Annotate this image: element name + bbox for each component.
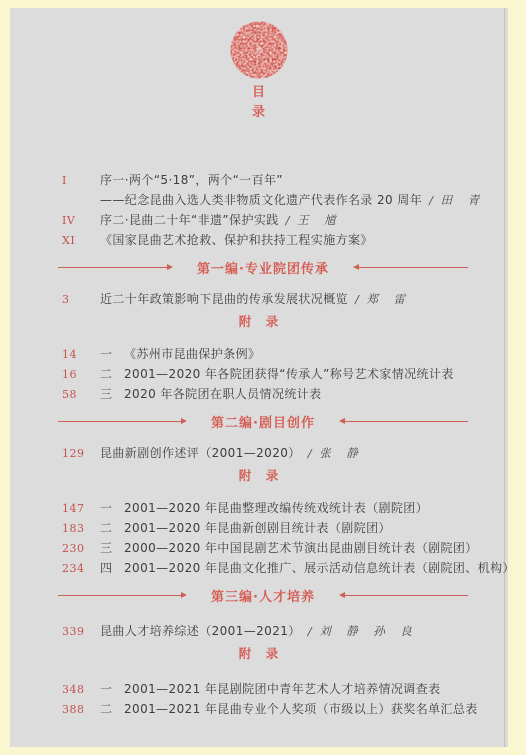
toc-row: 230 三 2000—2020 年中国昆剧艺术节演出昆曲剧目统计表（剧院团）	[10, 538, 508, 558]
entry-author: / 刘 静 孙 良	[308, 621, 414, 641]
arrow-right-icon	[167, 264, 173, 270]
table-of-contents: I 序一·两个“5·18”，两个“一百年” ——纪念昆曲入选人类非物质文化遗产代…	[10, 170, 508, 719]
rule-right	[345, 421, 468, 422]
entry-title: 2001—2020 年昆曲整理改编传统戏统计表（剧院团）	[124, 498, 428, 518]
page-number: 14	[62, 345, 100, 365]
appendix-index: 三	[100, 384, 124, 404]
entry-title: 2001—2020 年昆曲文化推广、展示活动信息统计表（剧院团、机构）	[124, 558, 508, 578]
page-title: 目 录	[10, 85, 508, 120]
rule-left	[58, 595, 181, 596]
entry-title: 2001—2021 年昆曲专业个人奖项（市级以上）获奖名单汇总表	[124, 699, 478, 719]
rule-left	[58, 267, 167, 268]
toc-row: 3 近二十年政策影响下昆曲的传承发展状况概览 / 郑 雷	[10, 289, 508, 309]
entry-author: / 郑 雷	[355, 289, 407, 309]
section-title: 第二编·剧目创作	[211, 412, 315, 431]
toc-row: 234 四 2001—2020 年昆曲文化推广、展示活动信息统计表（剧院团、机构…	[10, 558, 508, 578]
entry-author: / 张 静	[308, 443, 360, 463]
arrow-right-icon	[181, 418, 187, 424]
toc-row: I 序一·两个“5·18”，两个“一百年”	[10, 170, 508, 190]
appendix-index: 一	[100, 344, 124, 364]
appendix-label: 附 录	[10, 314, 508, 330]
entry-title: 昆曲人才培养综述（2001—2021）	[100, 621, 301, 641]
toc-row: 16 二 2001—2020 年各院团获得“传承人”称号艺术家情况统计表	[10, 364, 508, 384]
appendix-index: 一	[100, 679, 124, 699]
section-heading: 第一编·专业院团传承	[58, 258, 468, 276]
page-number: 58	[62, 385, 100, 405]
page-number: 348	[62, 680, 100, 700]
page-number: 183	[62, 519, 100, 539]
entry-title: 2020 年各院团在职人员情况统计表	[124, 384, 322, 404]
page-number: 129	[62, 444, 100, 464]
section-title: 第三编·人才培养	[211, 586, 315, 605]
appendix-index: 三	[100, 538, 124, 558]
section-heading: 第二编·剧目创作	[58, 412, 468, 430]
appendix-label: 附 录	[10, 646, 508, 662]
page-number: 339	[62, 622, 100, 642]
arrow-right-icon	[181, 592, 187, 598]
entry-title: 昆曲新剧创作述评（2001—2020）	[100, 443, 301, 463]
toc-row: 129 昆曲新剧创作述评（2001—2020） / 张 静	[10, 443, 508, 463]
toc-row: 388 二 2001—2021 年昆曲专业个人奖项（市级以上）获奖名单汇总表	[10, 699, 508, 719]
title-char-mu: 目	[10, 85, 508, 100]
rule-right	[359, 267, 468, 268]
entry-title: 《国家昆曲艺术抢救、保护和扶持工程实施方案》	[100, 230, 373, 250]
appendix-label: 附 录	[10, 468, 508, 484]
red-rosette-emblem-icon	[230, 21, 288, 79]
page-number: XI	[62, 231, 100, 251]
entry-subtitle: ——纪念昆曲入选人类非物质文化遗产代表作名录 20 周年	[100, 190, 422, 210]
rule-left	[58, 421, 181, 422]
page-number: IV	[62, 211, 100, 231]
title-char-lu: 录	[10, 105, 508, 120]
toc-row: 14 一 《苏州市昆曲保护条例》	[10, 344, 508, 364]
toc-page: 目 录 I 序一·两个“5·18”，两个“一百年” ——纪念昆曲入选人类非物质文…	[10, 8, 508, 747]
appendix-index: 二	[100, 518, 124, 538]
entry-title: 2001—2021 年昆剧院团中青年艺术人才培养情况调查表	[124, 679, 441, 699]
entry-author: / 王 馗	[286, 210, 338, 230]
entry-title: 序一·两个“5·18”，两个“一百年”	[100, 170, 283, 190]
toc-row: XI 《国家昆曲艺术抢救、保护和扶持工程实施方案》	[10, 230, 508, 250]
rule-right	[345, 595, 468, 596]
page-number: I	[62, 171, 100, 191]
entry-title: 序二·昆曲二十年“非遗”保护实践	[100, 210, 279, 230]
page-number: 230	[62, 539, 100, 559]
entry-title: 近二十年政策影响下昆曲的传承发展状况概览	[100, 289, 348, 309]
appendix-index: 四	[100, 558, 124, 578]
toc-row: IV 序二·昆曲二十年“非遗”保护实践 / 王 馗	[10, 210, 508, 230]
page-number: 16	[62, 365, 100, 385]
section-title: 第一编·专业院团传承	[197, 258, 329, 277]
page-number: 388	[62, 700, 100, 720]
page-number: 234	[62, 559, 100, 579]
page-number: 147	[62, 499, 100, 519]
appendix-index: 二	[100, 364, 124, 384]
entry-title: 《苏州市昆曲保护条例》	[124, 344, 260, 364]
section-heading: 第三编·人才培养	[58, 586, 468, 604]
toc-row: 339 昆曲人才培养综述（2001—2021） / 刘 静 孙 良	[10, 621, 508, 641]
entry-title: 2000—2020 年中国昆剧艺术节演出昆曲剧目统计表（剧院团）	[124, 538, 478, 558]
toc-row: 147 一 2001—2020 年昆曲整理改编传统戏统计表（剧院团）	[10, 498, 508, 518]
page-edge-shadow	[504, 8, 505, 747]
toc-row: 183 二 2001—2020 年昆曲新创剧目统计表（剧院团）	[10, 518, 508, 538]
page-number: 3	[62, 290, 100, 310]
toc-row: 58 三 2020 年各院团在职人员情况统计表	[10, 384, 508, 404]
appendix-index: 一	[100, 498, 124, 518]
appendix-index: 二	[100, 699, 124, 719]
toc-row: ——纪念昆曲入选人类非物质文化遗产代表作名录 20 周年 / 田 青	[10, 190, 508, 210]
entry-author: / 田 青	[429, 190, 481, 210]
entry-title: 2001—2020 年各院团获得“传承人”称号艺术家情况统计表	[124, 364, 454, 384]
toc-row: 348 一 2001—2021 年昆剧院团中青年艺术人才培养情况调查表	[10, 679, 508, 699]
entry-title: 2001—2020 年昆曲新创剧目统计表（剧院团）	[124, 518, 391, 538]
